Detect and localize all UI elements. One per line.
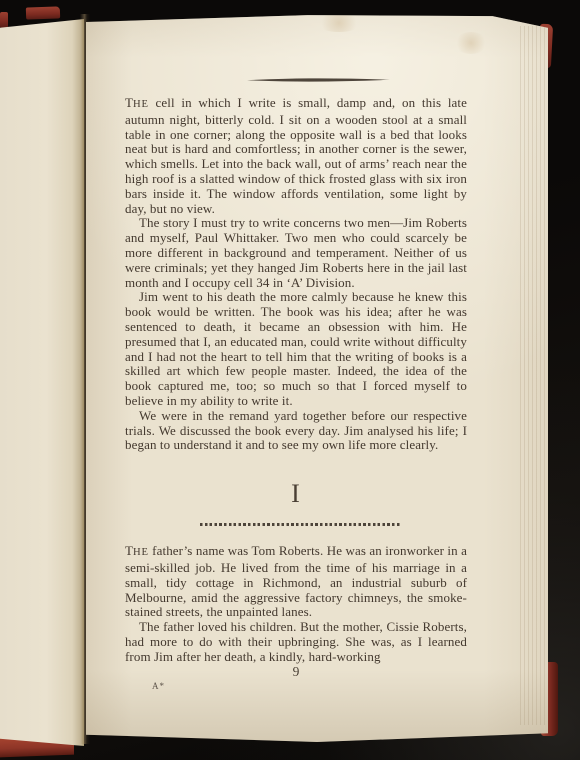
paragraph-text: father’s name was Tom Roberts. He was an… — [125, 543, 467, 619]
paragraph-text: cell in which I write is small, damp and… — [125, 95, 467, 216]
paragraph: THE father’s name was Tom Roberts. He wa… — [125, 544, 467, 620]
book-cover-edge-top-left — [26, 6, 60, 19]
dotted-rule-ornament — [200, 523, 400, 526]
paragraph: We were in the remand yard together befo… — [125, 409, 467, 453]
drop-word-smallcaps: HE — [133, 547, 149, 558]
drop-word-smallcaps: HE — [133, 99, 149, 110]
book-cover-edge-left — [0, 12, 8, 28]
page-number: 9 — [125, 664, 467, 680]
chapter-heading: I — [125, 479, 467, 509]
paragraph: Jim went to his death the more calmly be… — [125, 290, 467, 408]
drop-word-cap: T — [125, 95, 133, 110]
photo-backdrop: THE cell in which I write is small, damp… — [0, 0, 580, 760]
tapered-rule-ornament — [247, 76, 390, 84]
paragraph: The story I must try to write concerns t… — [125, 216, 467, 290]
signature-mark: A* — [152, 681, 165, 691]
paragraph: The father loved his children. But the m… — [125, 620, 467, 664]
drop-word-cap: T — [125, 543, 133, 558]
paragraph: THE cell in which I write is small, damp… — [125, 96, 467, 216]
paper-stain — [454, 32, 488, 54]
book-page: THE cell in which I write is small, damp… — [86, 14, 548, 742]
section-2: THE father’s name was Tom Roberts. He wa… — [125, 544, 467, 664]
fore-edge-page-layers — [520, 26, 548, 725]
facing-page-edge — [0, 19, 84, 746]
text-block: THE cell in which I write is small, damp… — [125, 76, 467, 665]
paper-stain — [316, 14, 362, 32]
